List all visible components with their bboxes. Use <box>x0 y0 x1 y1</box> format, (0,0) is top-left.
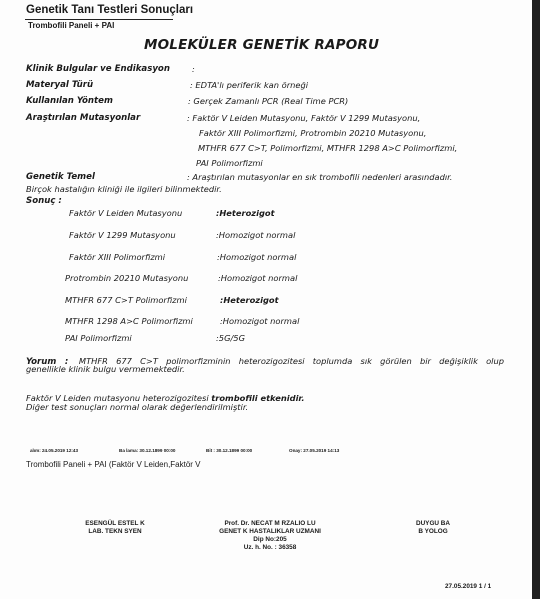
genetic-basis-value: : Araştırılan mutasyonlar en sık trombof… <box>187 172 452 182</box>
field-value-mutations-line3: MTHFR 677 C>T, Polimorfizmi, MTHFR 1298 … <box>198 143 457 153</box>
result-value-fvl: :Heterozigot <box>216 208 275 218</box>
meta-end: Bit : 30.12.1899 00:00 <box>206 448 252 453</box>
report-title: MOLEKÜLER GENETİK RAPORU <box>144 37 379 53</box>
result-value-mthfr1298: :Homozigot normal <box>220 316 299 326</box>
signature-biologist: DUYGU BA B YOLOG <box>398 520 468 536</box>
field-value-mutations-line1: : Faktör V Leiden Mutasyonu, Faktör V 12… <box>187 113 420 123</box>
meta-approved: Onay: 27.05.2019 14:13 <box>289 448 339 453</box>
field-label-mutations: Araştırılan Mutasyonlar <box>26 113 140 123</box>
result-value-pai: :5G/5G <box>216 333 245 343</box>
result-test-fxiii: Faktör XIII Polimorfizmi <box>69 252 165 262</box>
page-footer: 27.05.2019 1 / 1 <box>445 583 491 590</box>
field-value-mutations-line2: Faktör XIII Polimorfizmi, Protrombin 202… <box>199 128 426 138</box>
header-subtitle: Trombofili Paneli + PAI <box>28 21 114 30</box>
header-divider <box>25 19 173 20</box>
result-value-fxiii: :Homozigot normal <box>217 252 296 262</box>
genetic-basis-label: Genetik Temel <box>26 172 95 182</box>
signature-doctor-title: GENET K HASTALIKLAR UZMANI <box>205 528 335 536</box>
header-title: Genetik Tanı Testleri Sonuçları <box>26 4 193 16</box>
result-value-mthfr677: :Heterozigot <box>220 295 279 305</box>
result-test-fvl: Faktör V Leiden Mutasyonu <box>69 208 182 218</box>
panel-line: Trombofili Paneli + PAI (Faktör V Leiden… <box>26 460 201 469</box>
result-test-pai: PAI Polimorfizmi <box>65 333 132 343</box>
meta-start: Ba lama: 30.12.1899 00:00 <box>119 448 175 453</box>
field-label-clinical: Klinik Bulgular ve Endikasyon <box>26 64 170 74</box>
genetic-basis-continuation: Birçok hastalığın kliniği ile ilgileri b… <box>26 184 222 194</box>
signature-doctor: Prof. Dr. NECAT M RZALIO LU GENET K HAST… <box>205 520 335 552</box>
field-label-method: Kullanılan Yöntem <box>26 96 113 106</box>
field-value-clinical: : <box>192 64 195 74</box>
field-label-material: Materyal Türü <box>26 80 93 90</box>
result-value-fv1299: :Homozigot normal <box>216 230 295 240</box>
signature-doctor-name: Prof. Dr. NECAT M RZALIO LU <box>205 520 335 528</box>
result-test-protrombin: Protrombin 20210 Mutasyonu <box>65 273 188 283</box>
result-test-mthfr1298: MTHFR 1298 A>C Polimorfizmi <box>65 316 193 326</box>
field-value-material: : EDTA'lı periferik kan örneği <box>190 80 308 90</box>
field-value-method: : Gerçek Zamanlı PCR (Real Time PCR) <box>188 96 348 106</box>
signature-biologist-name: DUYGU BA <box>398 520 468 528</box>
result-test-mthfr677: MTHFR 677 C>T Polimorfizmi <box>65 295 187 305</box>
meta-received: alım: 24.05.2019 12:43 <box>30 448 78 453</box>
result-test-fv1299: Faktör V 1299 Mutasyonu <box>69 230 176 240</box>
signature-technician: ESENGÜL ESTEL K LAB. TEKN SYEN <box>60 520 170 536</box>
field-value-mutations-line4: PAI Polimorfizmi <box>196 158 263 168</box>
signature-doctor-license: Uz. h. No. : 36358 <box>205 544 335 552</box>
conclusion-line2: Diğer test sonuçları normal olarak değer… <box>26 402 248 412</box>
signature-biologist-title: B YOLOG <box>398 528 468 536</box>
signature-technician-name: ESENGÜL ESTEL K <box>60 520 170 528</box>
signature-technician-title: LAB. TEKN SYEN <box>60 528 170 536</box>
viewer-edge-strip <box>532 0 540 599</box>
comment-line2: genellikle klinik bulgu vermemektedir. <box>26 364 185 374</box>
signature-doctor-diploma: Dip No:205 <box>205 536 335 544</box>
result-label: Sonuç : <box>26 196 62 206</box>
result-value-protrombin: :Homozigot normal <box>218 273 297 283</box>
